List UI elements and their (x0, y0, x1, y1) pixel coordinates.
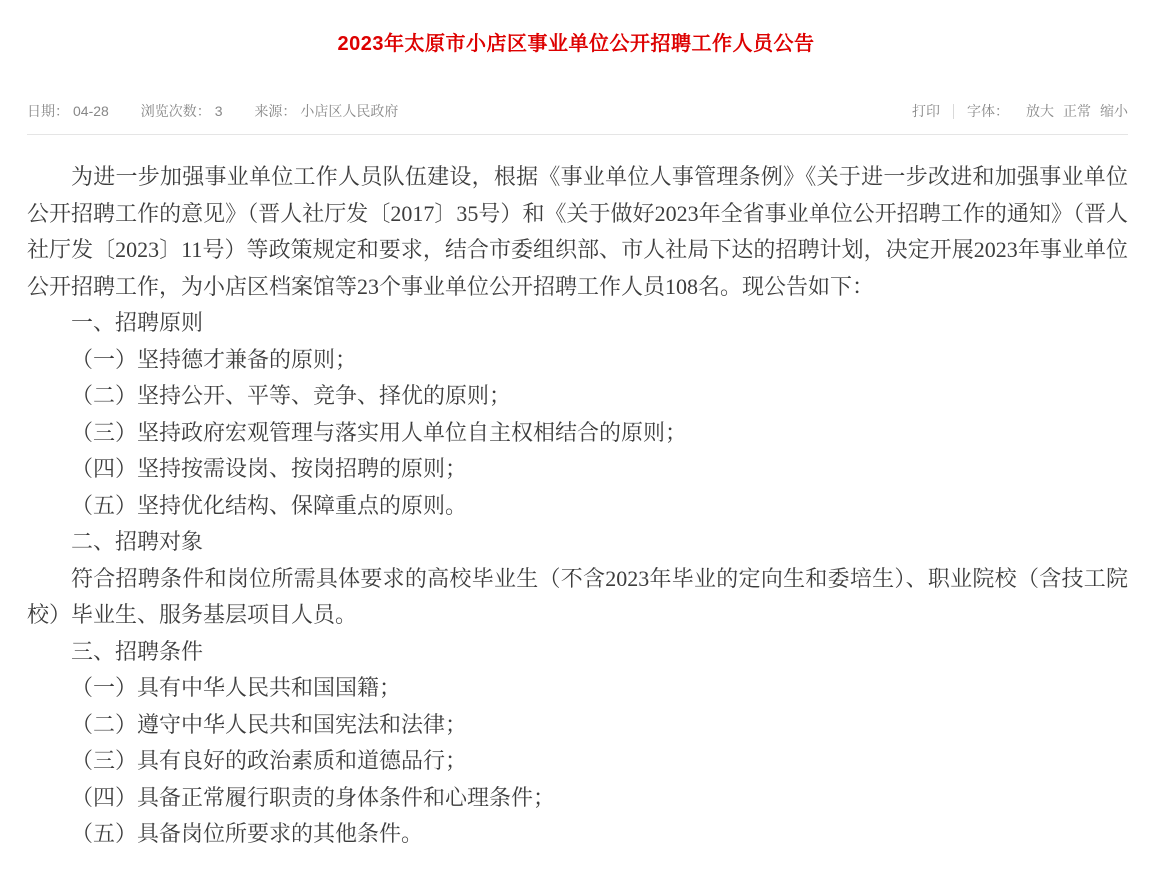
meta-bar: 日期：04-28 浏览次数：3 来源：小店区人民政府 打印 字体： 放大 正常 … (27, 101, 1128, 135)
body-paragraph-targets: 符合招聘条件和岗位所需具体要求的高校毕业生（不含2023年毕业的定向生和委培生）… (27, 561, 1128, 634)
font-larger-button[interactable]: 放大 (1026, 101, 1054, 121)
vertical-divider (953, 104, 954, 119)
list-item-3-4: （四）具备正常履行职责的身体条件和心理条件； (27, 780, 1128, 817)
source-label: 来源： (254, 103, 296, 119)
list-item-1-3: （三）坚持政府宏观管理与落实用人单位自主权相结合的原则； (27, 415, 1128, 452)
list-item-3-2: （二）遵守中华人民共和国宪法和法律； (27, 707, 1128, 744)
announcement-page: 2023年太原市小店区事业单位公开招聘工作人员公告 日期：04-28 浏览次数：… (0, 0, 1152, 871)
list-item-3-1: （一）具有中华人民共和国国籍； (27, 670, 1128, 707)
list-item-1-5: （五）坚持优化结构、保障重点的原则。 (27, 488, 1128, 525)
page-header: 2023年太原市小店区事业单位公开招聘工作人员公告 (0, 0, 1152, 57)
section-heading-1: 一、招聘原则 (27, 305, 1128, 342)
view-count: 浏览次数：3 (141, 103, 227, 119)
section-heading-2: 二、招聘对象 (27, 524, 1128, 561)
source-value: 小店区人民政府 (300, 103, 398, 119)
post-date-value: 04-28 (73, 103, 109, 119)
font-normal-button[interactable]: 正常 (1063, 101, 1091, 121)
post-date-label: 日期： (27, 103, 69, 119)
section-heading-3: 三、招聘条件 (27, 634, 1128, 671)
body-paragraph-intro: 为进一步加强事业单位工作人员队伍建设，根据《事业单位人事管理条例》《关于进一步改… (27, 159, 1128, 305)
list-item-3-5: （五）具备岗位所要求的其他条件。 (27, 816, 1128, 853)
font-smaller-button[interactable]: 缩小 (1100, 101, 1128, 121)
font-size-label: 字体： (967, 101, 1009, 121)
list-item-1-4: （四）坚持按需设岗、按岗招聘的原则； (27, 451, 1128, 488)
list-item-3-3: （三）具有良好的政治素质和道德品行； (27, 743, 1128, 780)
view-count-value: 3 (215, 103, 223, 119)
meta-left: 日期：04-28 浏览次数：3 来源：小店区人民政府 (27, 101, 398, 121)
list-item-1-1: （一）坚持德才兼备的原则； (27, 342, 1128, 379)
article-body: 为进一步加强事业单位工作人员队伍建设，根据《事业单位人事管理条例》《关于进一步改… (27, 135, 1128, 871)
list-item-1-2: （二）坚持公开、平等、竞争、择优的原则； (27, 378, 1128, 415)
view-count-label: 浏览次数： (141, 103, 211, 119)
source: 来源：小店区人民政府 (254, 103, 398, 119)
print-button[interactable]: 打印 (912, 101, 940, 121)
post-date: 日期：04-28 (27, 103, 113, 119)
meta-right: 打印 字体： 放大 正常 缩小 (912, 101, 1128, 121)
page-title: 2023年太原市小店区事业单位公开招聘工作人员公告 (0, 31, 1152, 57)
